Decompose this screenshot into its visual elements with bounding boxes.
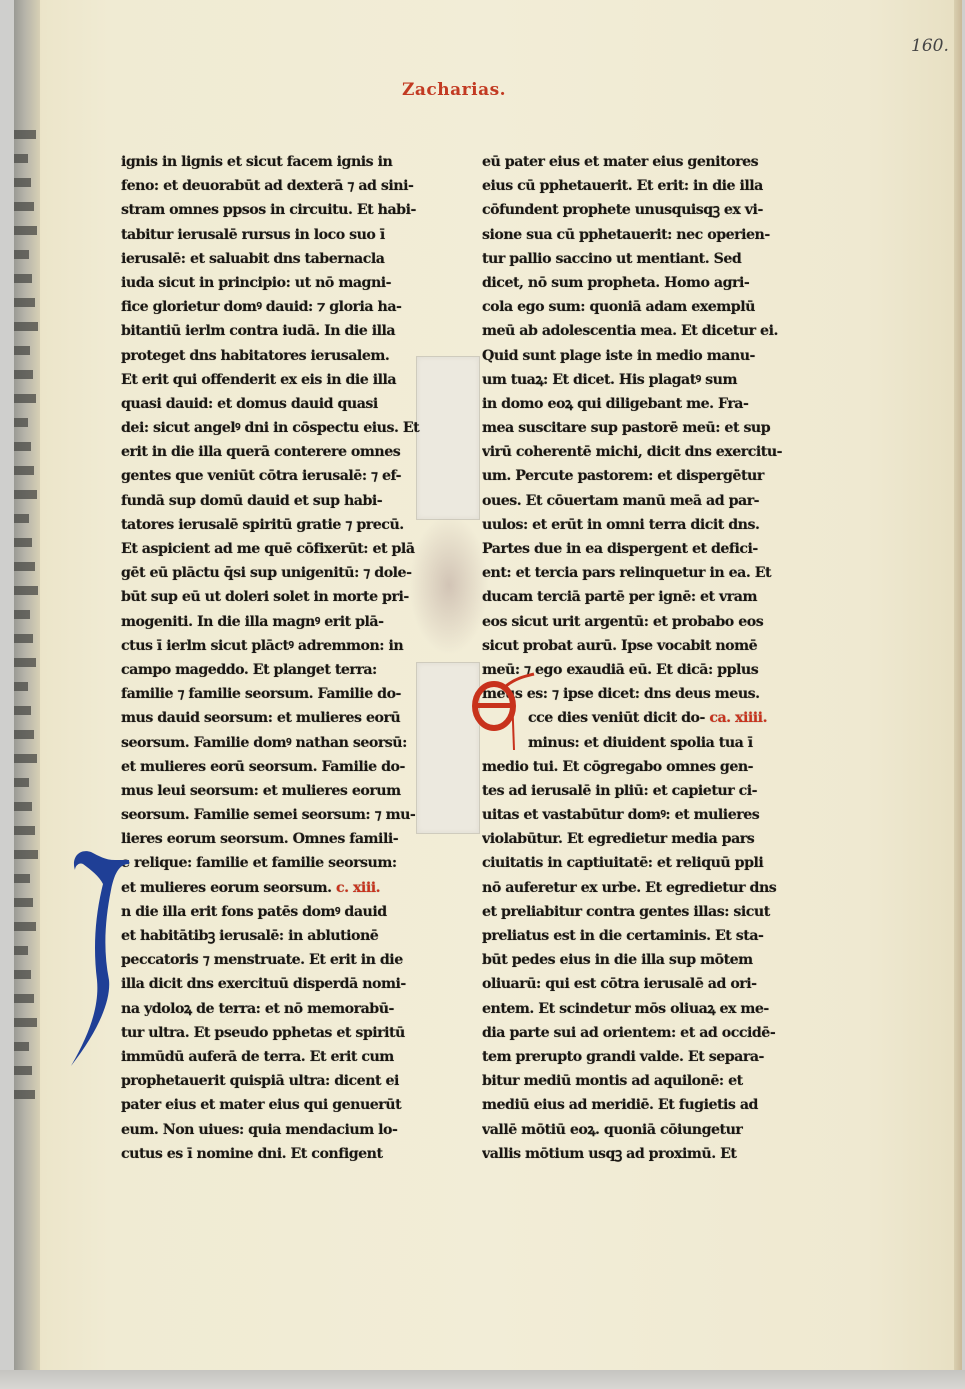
red-initial-letter-icon	[472, 672, 538, 752]
line-text: fundā sup domū dauid et sup habi-	[121, 493, 382, 509]
line-text: proteget dns habitatores ierusalem.	[121, 348, 389, 364]
line-text: dia parte sui ad orientem: et ad occidē-	[482, 1025, 775, 1041]
facing-page-text	[14, 706, 31, 715]
text-line: uitas et vastabūtur domꝰ: et mulieres	[482, 803, 782, 827]
text-line: iuda sicut in principio: ut nō magni-	[121, 271, 421, 295]
line-text: meū ab adolescentia mea. Et dicetur ei.	[482, 323, 778, 339]
line-text: fice glorietur domꝰ dauid: ⁊ gloria ha-	[121, 299, 401, 315]
line-text: ierusalē: et saluabit dns tabernacla	[121, 251, 384, 267]
line-text: ctus ī ierlm sicut plāctꝰ adremmon: in	[121, 638, 403, 654]
text-line: eius cū pphetauerit. Et erit: in die ill…	[482, 174, 782, 198]
text-line: nō auferetur ex urbe. Et egredietur dns	[482, 876, 782, 900]
facing-page-text	[14, 874, 30, 883]
line-text: virū coherentē michi, dicit dns exercitu…	[482, 444, 782, 460]
line-text: um. Percute pastorem: et dispergētur	[482, 468, 764, 484]
line-text: in domo eoꝝ qui diligebant me. Fra-	[482, 396, 748, 412]
line-text: peccatoris ⁊ menstruate. Et erit in die	[121, 952, 403, 968]
repair-tape-upper	[416, 356, 480, 520]
facing-page-text	[14, 202, 34, 211]
text-line: feno: et deuorabūt ad dexterā ⁊ ad sini-	[121, 174, 421, 198]
text-line: na ydoloꝝ de terra: et nō memorabū-	[121, 997, 421, 1021]
line-text: uitas et vastabūtur domꝰ: et mulieres	[482, 807, 759, 823]
text-line: et mulieres eorū seorsum. Familie do-	[121, 755, 421, 779]
blue-initial-letter-icon	[69, 830, 129, 1070]
line-text: eū pater eius et mater eius genitores	[482, 154, 758, 170]
facing-page-text	[14, 730, 34, 739]
line-text: pater eius et mater eius qui genuerūt	[121, 1097, 401, 1113]
line-text: cutus es ī nomine dni. Et configent	[121, 1146, 383, 1162]
line-text: ciuitatis in captiuitatē: et reliquū ppl…	[482, 855, 763, 871]
line-text: et mulieres eorum seorsum.	[121, 880, 332, 896]
line-text: tur ultra. Et pseudo pphetas et spiritū	[121, 1025, 405, 1041]
text-line: uulos: et erūt in omni terra dicit dns.	[482, 513, 782, 537]
text-line: vallē mōtiū eoꝝ. quoniā cōiungetur	[482, 1118, 782, 1142]
line-text: sicut probat aurū. Ipse vocabit nomē	[482, 638, 757, 654]
text-line: eū pater eius et mater eius genitores	[482, 150, 782, 174]
line-text: eos sicut urit argentū: et probabo eos	[482, 614, 763, 630]
text-line: um tuaꝝ: Et dicet. His plagatꝰ sum	[482, 368, 782, 392]
facing-page-text	[14, 994, 34, 1003]
facing-page-text	[14, 922, 36, 931]
facing-page-text	[14, 970, 31, 979]
text-line: mediū eius ad meridiē. Et fugietis ad	[482, 1093, 782, 1117]
text-line: meū ab adolescentia mea. Et dicetur ei.	[482, 319, 782, 343]
line-text: mediū eius ad meridiē. Et fugietis ad	[482, 1097, 758, 1113]
line-text: sione sua cū pphetauerit: nec operien-	[482, 227, 770, 243]
text-line: tabitur ierusalē rursus in loco suo ī	[121, 223, 421, 247]
text-line: dia parte sui ad orientem: et ad occidē-	[482, 1021, 782, 1045]
text-line: fundā sup domū dauid et sup habi-	[121, 489, 421, 513]
line-text: violabūtur. Et egredietur media pars	[482, 831, 754, 847]
facing-page-text	[14, 466, 34, 475]
line-text: tes ad ierusalē in pliū: et capietur ci-	[482, 783, 757, 799]
line-text: eius cū pphetauerit. Et erit: in die ill…	[482, 178, 763, 194]
facing-page-text	[14, 418, 28, 427]
line-text: et habitātibꝫ ierusalē: in ablutionē	[121, 928, 378, 944]
text-line: Quid sunt plage iste in medio manu-	[482, 344, 782, 368]
page-edge	[954, 0, 962, 1370]
text-line: virū coherentē michi, dicit dns exercitu…	[482, 440, 782, 464]
facing-page-text	[14, 346, 30, 355]
line-text: būt sup eū ut doleri solet in morte pri-	[121, 589, 409, 605]
line-text: seorsum. Familie domꝰ nathan seorsū:	[121, 735, 407, 751]
facing-page-text	[14, 634, 33, 643]
text-line: bitur mediū montis ad aquilonē: et	[482, 1069, 782, 1093]
line-text: dei: sicut angelꝰ dni in cōspectu eius. …	[121, 420, 419, 436]
text-line: vallis mōtium usqꝫ ad proximū. Et	[482, 1142, 782, 1166]
facing-page-text	[14, 1018, 37, 1027]
line-text: mus dauid seorsum: et mulieres eorū	[121, 710, 400, 726]
facing-page-text	[14, 154, 28, 163]
line-text: bitantiū ierlm contra iudā. In die illa	[121, 323, 395, 339]
facing-page-text	[14, 1042, 29, 1051]
facing-page-text	[14, 442, 31, 451]
text-column-right: eū pater eius et mater eius genitoreseiu…	[482, 150, 782, 1166]
facing-page-text	[14, 826, 35, 835]
text-line: tur ultra. Et pseudo pphetas et spiritū	[121, 1021, 421, 1045]
facing-page-text	[14, 802, 32, 811]
facing-page-text	[14, 658, 36, 667]
chapter-marker: c. xiii.	[332, 880, 381, 896]
text-line: bitantiū ierlm contra iudā. In die illa	[121, 319, 421, 343]
text-line: tur pallio saccino ut mentiant. Sed	[482, 247, 782, 271]
facing-page-text	[14, 1066, 32, 1075]
line-text: oliuarū: qui est cōtra ierusalē ad ori-	[482, 976, 757, 992]
text-line: um. Percute pastorem: et dispergētur	[482, 464, 782, 488]
text-line: sicut probat aurū. Ipse vocabit nomē	[482, 634, 782, 658]
text-line: dicet, nō sum propheta. Homo agri-	[482, 271, 782, 295]
facing-page-text	[14, 778, 29, 787]
line-text: minus: et diuident spolia tua ī	[528, 735, 753, 751]
facing-page-text	[14, 610, 30, 619]
line-text: tur pallio saccino ut mentiant. Sed	[482, 251, 741, 267]
text-line: et habitātibꝫ ierusalē: in ablutionē	[121, 924, 421, 948]
facing-page-text	[14, 226, 37, 235]
facing-page-text	[14, 322, 38, 331]
line-text: medio tui. Et cōgregabo omnes gen-	[482, 759, 753, 775]
line-text: cōfundent prophete unusquisqꝫ ex vi-	[482, 202, 763, 218]
line-text: ignis in lignis et sicut facem ignis in	[121, 154, 392, 170]
line-text: ent: et tercia pars relinquetur in ea. E…	[482, 565, 771, 581]
text-line: tem prerupto grandi valde. Et separa-	[482, 1045, 782, 1069]
text-line: ignis in lignis et sicut facem ignis in	[121, 150, 421, 174]
line-text: et mulieres eorū seorsum. Familie do-	[121, 759, 405, 775]
text-line: mogeniti. In die illa magnꝰ erit plā-	[121, 610, 421, 634]
line-text: vallis mōtium usqꝫ ad proximū. Et	[482, 1146, 736, 1162]
line-text: Quid sunt plage iste in medio manu-	[482, 348, 755, 364]
facing-page-text	[14, 850, 38, 859]
facing-page-text	[14, 298, 35, 307]
facing-page-text	[14, 538, 32, 547]
line-text: entem. Et scindetur mōs oliuaꝝ ex me-	[482, 1001, 769, 1017]
text-line: eos sicut urit argentū: et probabo eos	[482, 610, 782, 634]
text-line: dei: sicut angelꝰ dni in cōspectu eius. …	[121, 416, 421, 440]
line-text: familie ⁊ familie seorsum. Familie do-	[121, 686, 401, 702]
facing-page-edge	[14, 0, 40, 1370]
text-line: ducam terciā partē per ignē: et vram	[482, 585, 782, 609]
line-text: ducam terciā partē per ignē: et vram	[482, 589, 757, 605]
text-line: seorsum. Familie domꝰ nathan seorsū:	[121, 731, 421, 755]
line-text: gentes que veniūt cōtra ierusalē: ⁊ ef-	[121, 468, 401, 484]
line-text: vallē mōtiū eoꝝ. quoniā cōiungetur	[482, 1122, 742, 1138]
facing-page-text	[14, 394, 36, 403]
line-text: seorsum. Familie semei seorsum: ⁊ mu-	[121, 807, 415, 823]
scan-background	[0, 1370, 965, 1389]
line-text: tem prerupto grandi valde. Et separa-	[482, 1049, 764, 1065]
facing-page-text	[14, 514, 29, 523]
text-line: stram omnes ppsos in circuitu. Et habi-	[121, 198, 421, 222]
text-line: mus dauid seorsum: et mulieres eorū	[121, 706, 421, 730]
line-text: mogeniti. In die illa magnꝰ erit plā-	[121, 614, 384, 630]
text-line: erit in die illa querā conterere omnes	[121, 440, 421, 464]
line-text: Et erit qui offenderit ex eis in die ill…	[121, 372, 396, 388]
text-line: peccatoris ⁊ menstruate. Et erit in die	[121, 948, 421, 972]
repair-tape-lower	[416, 662, 480, 834]
line-text: tatores ierusalē spiritū gratie ⁊ precū.	[121, 517, 404, 533]
text-line: illa dicit dns exercituū disperdā nomi-	[121, 972, 421, 996]
text-line: Partes due in ea dispergent et defici-	[482, 537, 782, 561]
line-text: preliatus est in die certaminis. Et sta-	[482, 928, 763, 944]
chapter-marker: ca. xiiii.	[705, 710, 767, 726]
text-line: ierusalē: et saluabit dns tabernacla	[121, 247, 421, 271]
text-line: mus leui seorsum: et mulieres eorum	[121, 779, 421, 803]
line-text: um tuaꝝ: Et dicet. His plagatꝰ sum	[482, 372, 737, 388]
text-line: immūdū auferā de terra. Et erit cum	[121, 1045, 421, 1069]
text-line: ctus ī ierlm sicut plāctꝰ adremmon: in	[121, 634, 421, 658]
facing-page-text	[14, 682, 28, 691]
facing-page-text	[14, 1090, 35, 1099]
text-line: oliuarū: qui est cōtra ierusalē ad ori-	[482, 972, 782, 996]
text-line: eum. Non uiues: quia mendacium lo-	[121, 1118, 421, 1142]
line-text: stram omnes ppsos in circuitu. Et habi-	[121, 202, 416, 218]
facing-page-text	[14, 754, 37, 763]
line-text: iuda sicut in principio: ut nō magni-	[121, 275, 391, 291]
text-line: ent: et tercia pars relinquetur in ea. E…	[482, 561, 782, 585]
facing-page-text	[14, 586, 38, 595]
text-line: entem. Et scindetur mōs oliuaꝝ ex me-	[482, 997, 782, 1021]
text-line: violabūtur. Et egredietur media pars	[482, 827, 782, 851]
facing-page-text	[14, 370, 33, 379]
line-text: quasi dauid: et domus dauid quasi	[121, 396, 378, 412]
facing-page-text	[14, 898, 33, 907]
text-line: būt pedes eius in die illa sup mōtem	[482, 948, 782, 972]
parchment-stain	[409, 515, 489, 655]
text-line: mea suscitare sup pastorē meū: et sup	[482, 416, 782, 440]
line-text: būt pedes eius in die illa sup mōtem	[482, 952, 753, 968]
text-line: campo mageddo. Et planget terra:	[121, 658, 421, 682]
text-line: quasi dauid: et domus dauid quasi	[121, 392, 421, 416]
line-text: campo mageddo. Et planget terra:	[121, 662, 377, 678]
line-text: n die illa erit fons patēs domꝰ dauid	[121, 904, 387, 920]
line-text: eum. Non uiues: quia mendacium lo-	[121, 1122, 397, 1138]
line-text: e relique: familie et familie seorsum:	[121, 855, 397, 871]
text-line: tes ad ierusalē in pliū: et capietur ci-	[482, 779, 782, 803]
text-line: n die illa erit fons patēs domꝰ dauid	[121, 900, 421, 924]
text-line: preliatus est in die certaminis. Et sta-	[482, 924, 782, 948]
line-text: tabitur ierusalē rursus in loco suo ī	[121, 227, 385, 243]
line-text: dicet, nō sum propheta. Homo agri-	[482, 275, 749, 291]
line-text: feno: et deuorabūt ad dexterā ⁊ ad sini-	[121, 178, 413, 194]
text-line: familie ⁊ familie seorsum. Familie do-	[121, 682, 421, 706]
line-text: bitur mediū montis ad aquilonē: et	[482, 1073, 743, 1089]
text-line: et mulieres eorum seorsum. c. xiii.	[121, 876, 421, 900]
text-line: medio tui. Et cōgregabo omnes gen-	[482, 755, 782, 779]
facing-page-text	[14, 946, 28, 955]
line-text: prophetauerit quispiā ultra: dicent ei	[121, 1073, 399, 1089]
line-text: Partes due in ea dispergent et defici-	[482, 541, 758, 557]
line-text: et preliabitur contra gentes illas: sicu…	[482, 904, 770, 920]
text-line: fice glorietur domꝰ dauid: ⁊ gloria ha-	[121, 295, 421, 319]
facing-page-text	[14, 250, 29, 259]
line-text: nō auferetur ex urbe. Et egredietur dns	[482, 880, 776, 896]
line-text: na ydoloꝝ de terra: et nō memorabū-	[121, 1001, 394, 1017]
text-line: cōfundent prophete unusquisqꝫ ex vi-	[482, 198, 782, 222]
line-text: oues. Et cōuertam manū meā ad par-	[482, 493, 759, 509]
text-line: gēt eū plāctu q̄si sup unigenitū: ⁊ dole…	[121, 561, 421, 585]
text-line: lieres eorum seorsum. Omnes famili-	[121, 827, 421, 851]
text-line: proteget dns habitatores ierusalem.	[121, 344, 421, 368]
text-line: cutus es ī nomine dni. Et configent	[121, 1142, 421, 1166]
facing-page-text	[14, 490, 37, 499]
facing-page-text	[14, 274, 32, 283]
text-line: oues. Et cōuertam manū meā ad par-	[482, 489, 782, 513]
text-line: prophetauerit quispiā ultra: dicent ei	[121, 1069, 421, 1093]
line-text: Et aspicient ad me quē cōfixerūt: et plā	[121, 541, 415, 557]
line-text: mea suscitare sup pastorē meū: et sup	[482, 420, 770, 436]
text-line: cola ego sum: quoniā adam exemplū	[482, 295, 782, 319]
facing-page-text	[14, 130, 36, 139]
text-line: e relique: familie et familie seorsum:	[121, 851, 421, 875]
facing-page-text	[14, 178, 31, 187]
line-text: uulos: et erūt in omni terra dicit dns.	[482, 517, 759, 533]
folio-number: 160.	[911, 36, 949, 56]
text-line: ciuitatis in captiuitatē: et reliquū ppl…	[482, 851, 782, 875]
text-column-left: ignis in lignis et sicut facem ignis inf…	[121, 150, 421, 1166]
line-text: gēt eū plāctu q̄si sup unigenitū: ⁊ dole…	[121, 565, 411, 581]
text-line: pater eius et mater eius qui genuerūt	[121, 1093, 421, 1117]
text-line: sione sua cū pphetauerit: nec operien-	[482, 223, 782, 247]
text-line: Et aspicient ad me quē cōfixerūt: et plā	[121, 537, 421, 561]
text-line: seorsum. Familie semei seorsum: ⁊ mu-	[121, 803, 421, 827]
line-text: erit in die illa querā conterere omnes	[121, 444, 400, 460]
line-text: illa dicit dns exercituū disperdā nomi-	[121, 976, 406, 992]
text-line: et preliabitur contra gentes illas: sicu…	[482, 900, 782, 924]
running-head: Zacharias.	[402, 80, 506, 100]
text-line: tatores ierusalē spiritū gratie ⁊ precū.	[121, 513, 421, 537]
facing-page-text	[14, 562, 35, 571]
text-line: būt sup eū ut doleri solet in morte pri-	[121, 585, 421, 609]
line-text: mus leui seorsum: et mulieres eorum	[121, 783, 401, 799]
text-line: Et erit qui offenderit ex eis in die ill…	[121, 368, 421, 392]
manuscript-page: 160. Zacharias. ignis in lignis et sicut…	[14, 0, 962, 1372]
line-text: cola ego sum: quoniā adam exemplū	[482, 299, 755, 315]
line-text: lieres eorum seorsum. Omnes famili-	[121, 831, 398, 847]
text-line: gentes que veniūt cōtra ierusalē: ⁊ ef-	[121, 464, 421, 488]
line-text: immūdū auferā de terra. Et erit cum	[121, 1049, 394, 1065]
line-text: cce dies veniūt dicit do-	[528, 710, 705, 726]
text-line: in domo eoꝝ qui diligebant me. Fra-	[482, 392, 782, 416]
